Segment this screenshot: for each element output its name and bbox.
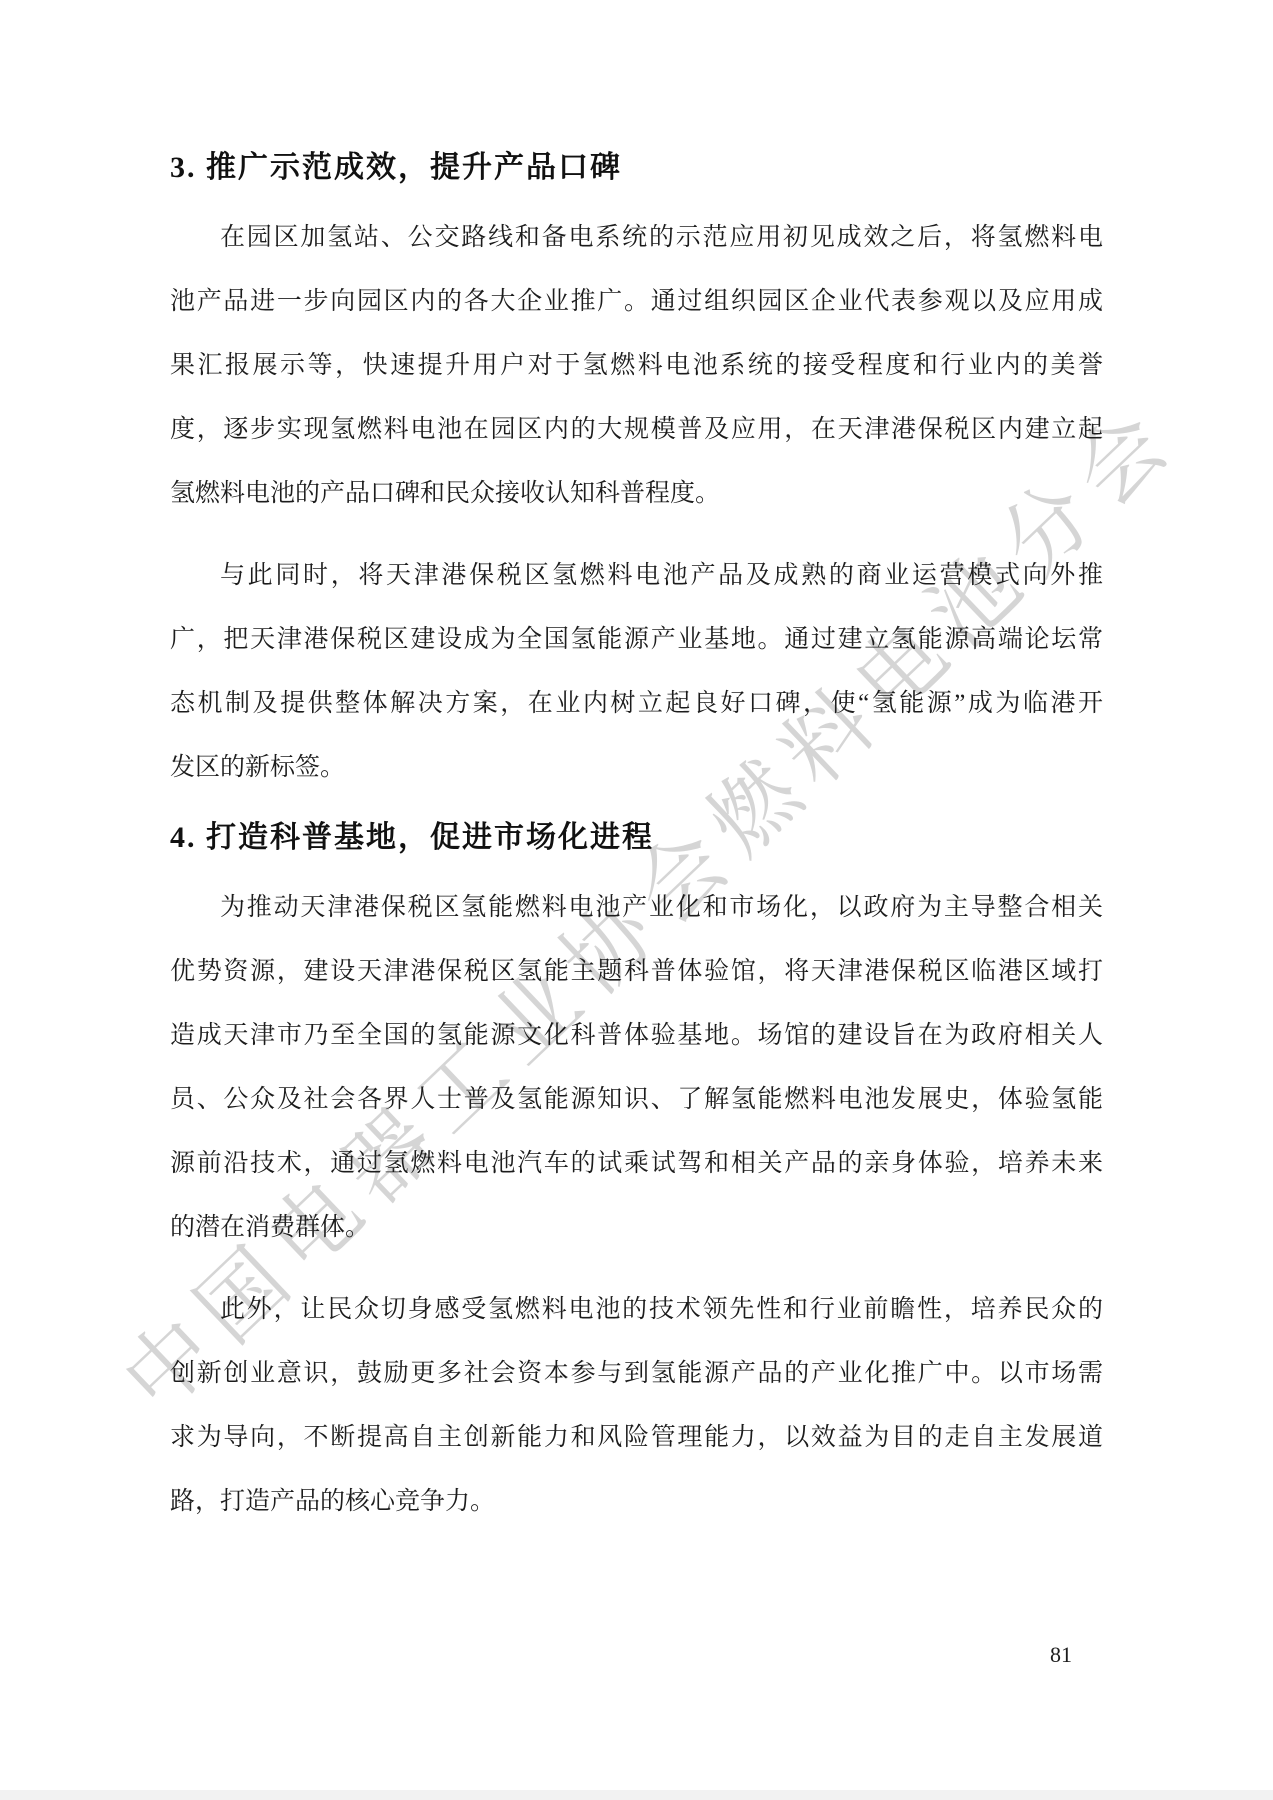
- paragraph-line: 创新创业意识，鼓励更多社会资本参与到氢能源产品的产业化推广中。以市场需: [170, 1342, 1103, 1406]
- paragraph: 与此同时，将天津港保税区氢燃料电池产品及成熟的商业运营模式向外推广，把天津港保税…: [170, 544, 1103, 800]
- paragraph-line: 在园区加氢站、公交路线和备电系统的示范应用初见成效之后，将氢燃料电: [170, 206, 1103, 270]
- paragraph-line: 度，逐步实现氢燃料电池在园区内的大规模普及应用，在天津港保税区内建立起: [170, 398, 1103, 462]
- paragraph-line: 与此同时，将天津港保税区氢燃料电池产品及成熟的商业运营模式向外推: [170, 544, 1103, 608]
- paragraph-line: 员、公众及社会各界人士普及氢能源知识、了解氢能燃料电池发展史，体验氢能: [170, 1068, 1103, 1132]
- scan-edge-strip: [0, 1790, 1273, 1800]
- paragraph-line: 态机制及提供整体解决方案，在业内树立起良好口碑，使“氢能源”成为临港开: [170, 672, 1103, 736]
- paragraph-line: 发区的新标签。: [170, 736, 1103, 800]
- paragraph-line: 优势资源，建设天津港保税区氢能主题科普体验馆，将天津港保税区临港区域打: [170, 940, 1103, 1004]
- paragraph: 为推动天津港保税区氢能燃料电池产业化和市场化，以政府为主导整合相关优势资源，建设…: [170, 876, 1103, 1260]
- paragraph-line: 的潜在消费群体。: [170, 1196, 1103, 1260]
- paragraph-line: 求为导向，不断提高自主创新能力和风险管理能力，以效益为目的走自主发展道: [170, 1406, 1103, 1470]
- section-heading: 3. 推广示范成效，提升产品口碑: [170, 148, 1103, 188]
- document-page: 中国电器工业协会燃料电池分会 3. 推广示范成效，提升产品口碑在园区加氢站、公交…: [0, 0, 1273, 1800]
- paragraph-line: 路，打造产品的核心竞争力。: [170, 1470, 1103, 1534]
- page-number: 81: [1050, 1642, 1072, 1668]
- paragraph-line: 广，把天津港保税区建设成为全国氢能源产业基地。通过建立氢能源高端论坛常: [170, 608, 1103, 672]
- paragraph-line: 此外，让民众切身感受氢燃料电池的技术领先性和行业前瞻性，培养民众的: [170, 1278, 1103, 1342]
- paragraph: 在园区加氢站、公交路线和备电系统的示范应用初见成效之后，将氢燃料电池产品进一步向…: [170, 206, 1103, 526]
- paragraph-line: 为推动天津港保税区氢能燃料电池产业化和市场化，以政府为主导整合相关: [170, 876, 1103, 940]
- paragraph-line: 果汇报展示等，快速提升用户对于氢燃料电池系统的接受程度和行业内的美誉: [170, 334, 1103, 398]
- paragraph-line: 氢燃料电池的产品口碑和民众接收认知科普程度。: [170, 462, 1103, 526]
- paragraph-line: 池产品进一步向园区内的各大企业推广。通过组织园区企业代表参观以及应用成: [170, 270, 1103, 334]
- paragraph: 此外，让民众切身感受氢燃料电池的技术领先性和行业前瞻性，培养民众的创新创业意识，…: [170, 1278, 1103, 1534]
- paragraph-line: 源前沿技术，通过氢燃料电池汽车的试乘试驾和相关产品的亲身体验，培养未来: [170, 1132, 1103, 1196]
- page-body: 3. 推广示范成效，提升产品口碑在园区加氢站、公交路线和备电系统的示范应用初见成…: [0, 0, 1103, 1534]
- section-heading: 4. 打造科普基地，促进市场化进程: [170, 818, 1103, 858]
- paragraph-line: 造成天津市乃至全国的氢能源文化科普体验基地。场馆的建设旨在为政府相关人: [170, 1004, 1103, 1068]
